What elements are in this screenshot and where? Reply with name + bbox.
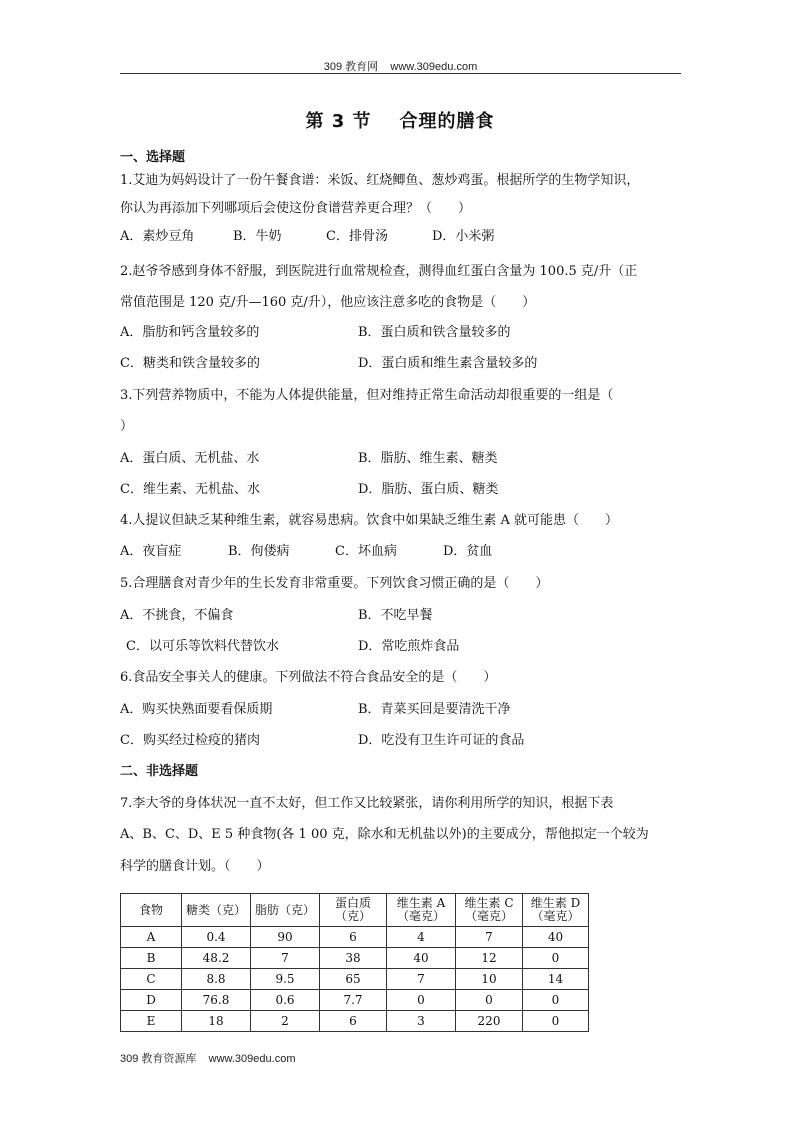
cell: 90 bbox=[251, 927, 320, 948]
cell: 38 bbox=[320, 948, 387, 969]
cell: A bbox=[121, 927, 182, 948]
cell: 6 bbox=[320, 927, 387, 948]
q4-option-b: B．佝偻病 bbox=[228, 544, 290, 560]
question-2-line-2: 常值范围是 120 克/升—160 克/升），他应该注意多吃的食物是（ ） bbox=[120, 295, 535, 311]
table-row: E182632200 bbox=[121, 1011, 589, 1032]
q4-option-a: A．夜盲症 bbox=[120, 544, 181, 560]
page-footer: 309 教育资源库 www.309edu.com bbox=[120, 1050, 295, 1066]
question-7-line-1: 7.李大爷的身体状况一直不太好，但工作又比较紧张，请你利用所学的知识，根据下表 bbox=[120, 796, 613, 812]
page-title: 第 3 节合理的膳食 bbox=[0, 107, 800, 133]
q6-option-d: D．吃没有卫生许可证的食品 bbox=[358, 733, 524, 749]
cell: 0.6 bbox=[251, 990, 320, 1011]
table-header-row: 食物 糖类（克） 脂肪（克） 蛋白质（克） 维生素 A（毫克） 维生素 C（毫克… bbox=[121, 894, 589, 927]
q5-option-a: A．不挑食，不偏食 bbox=[120, 608, 233, 624]
q4-option-d: D．贫血 bbox=[443, 544, 492, 560]
q1-option-b: B．牛奶 bbox=[233, 229, 282, 245]
cell: 0 bbox=[387, 990, 456, 1011]
cell: 65 bbox=[320, 969, 387, 990]
cell: 7 bbox=[251, 948, 320, 969]
cell: 7.7 bbox=[320, 990, 387, 1011]
cell: 3 bbox=[387, 1011, 456, 1032]
table-row: D76.80.67.7000 bbox=[121, 990, 589, 1011]
q3-option-d: D．脂肪、蛋白质、糖类 bbox=[358, 482, 498, 498]
cell: D bbox=[121, 990, 182, 1011]
cell: 76.8 bbox=[182, 990, 251, 1011]
q2-option-d: D．蛋白质和维生素含量较多的 bbox=[358, 356, 537, 372]
table-row: B48.273840120 bbox=[121, 948, 589, 969]
cell: E bbox=[121, 1011, 182, 1032]
cell: 7 bbox=[387, 969, 456, 990]
footer-url: www.309edu.com bbox=[209, 1053, 296, 1065]
cell: 9.5 bbox=[251, 969, 320, 990]
q2-option-c: C．糖类和铁含量较多的 bbox=[120, 356, 260, 372]
question-1-line-1: 1.艾迪为妈妈设计了一份午餐食谱：米饭、红烧鲫鱼、葱炒鸡蛋。根据所学的生物学知识… bbox=[120, 173, 639, 189]
q2-option-a: A．脂肪和钙含量较多的 bbox=[120, 325, 259, 341]
header-rule bbox=[120, 73, 681, 74]
q5-option-c: C．以可乐等饮料代替饮水 bbox=[126, 639, 279, 655]
header-vitamin-a: 维生素 A（毫克） bbox=[387, 894, 456, 927]
cell: 4 bbox=[387, 927, 456, 948]
table-row: A0.49064740 bbox=[121, 927, 589, 948]
q3-option-c: C．维生素、无机盐、水 bbox=[120, 482, 260, 498]
q3-option-b: B．脂肪、维生素、糖类 bbox=[358, 451, 498, 467]
cell: 0 bbox=[523, 1011, 589, 1032]
cell: 220 bbox=[456, 1011, 523, 1032]
cell: 12 bbox=[456, 948, 523, 969]
table-row: C8.89.56571014 bbox=[121, 969, 589, 990]
cell: 48.2 bbox=[182, 948, 251, 969]
q1-option-a: A．素炒豆角 bbox=[120, 229, 194, 245]
q5-option-b: B．不吃早餐 bbox=[358, 608, 433, 624]
cell: C bbox=[121, 969, 182, 990]
header-food: 食物 bbox=[121, 894, 182, 927]
header-fat: 脂肪（克） bbox=[251, 894, 320, 927]
header-carbs: 糖类（克） bbox=[182, 894, 251, 927]
cell: 6 bbox=[320, 1011, 387, 1032]
cell: 40 bbox=[387, 948, 456, 969]
q4-option-c: C．坏血病 bbox=[335, 544, 397, 560]
cell: 0 bbox=[456, 990, 523, 1011]
question-1-line-2: 你认为再添加下列哪项后会使这份食谱营养更合理？（ ） bbox=[120, 201, 471, 217]
q6-option-c: C．购买经过检疫的猪肉 bbox=[120, 733, 260, 749]
question-6-line-1: 6.食品安全事关人的健康。下列做法不符合食品安全的是（ ） bbox=[120, 670, 496, 686]
q1-option-d: D．小米粥 bbox=[432, 229, 494, 245]
cell: 0 bbox=[523, 990, 589, 1011]
cell: 18 bbox=[182, 1011, 251, 1032]
header-vitamin-c: 维生素 C（毫克） bbox=[456, 894, 523, 927]
section-heading-choice: 一、选择题 bbox=[120, 150, 185, 166]
cell: 2 bbox=[251, 1011, 320, 1032]
section-heading-nonchoice: 二、非选择题 bbox=[120, 764, 198, 780]
q2-option-b: B．蛋白质和铁含量较多的 bbox=[358, 325, 511, 341]
cell: B bbox=[121, 948, 182, 969]
q3-option-a: A．蛋白质、无机盐、水 bbox=[120, 451, 259, 467]
question-3-line-2: ） bbox=[120, 419, 133, 435]
q1-option-c: C．排骨汤 bbox=[326, 229, 388, 245]
question-7-line-3: 科学的膳食计划。（ ） bbox=[120, 859, 270, 875]
cell: 14 bbox=[523, 969, 589, 990]
cell: 40 bbox=[523, 927, 589, 948]
question-5-line-1: 5.合理膳食对青少年的生长发育非常重要。下列饮食习惯正确的是（ ） bbox=[120, 576, 548, 592]
header-site: 309 教育网 bbox=[324, 61, 378, 73]
footer-site: 309 教育资源库 bbox=[120, 1053, 196, 1065]
q5-option-d: D．常吃煎炸食品 bbox=[358, 639, 459, 655]
cell: 0 bbox=[523, 948, 589, 969]
q6-option-b: B．青菜买回是要清洗干净 bbox=[358, 702, 511, 718]
cell: 10 bbox=[456, 969, 523, 990]
question-2-line-1: 2.赵爷爷感到身体不舒服，到医院进行血常规检查，测得血红蛋白含量为 100.5 … bbox=[120, 264, 637, 280]
title-name: 合理的膳食 bbox=[400, 111, 495, 132]
cell: 8.8 bbox=[182, 969, 251, 990]
question-3-line-1: 3.下列营养物质中，不能为人体提供能量，但对维持正常生命活动却很重要的一组是（ bbox=[120, 388, 613, 404]
food-nutrition-table: 食物 糖类（克） 脂肪（克） 蛋白质（克） 维生素 A（毫克） 维生素 C（毫克… bbox=[120, 893, 589, 1032]
header-url: www.309edu.com bbox=[390, 61, 477, 73]
page-header: 309 教育网 www.309edu.com bbox=[120, 58, 681, 74]
q6-option-a: A．购买快熟面要看保质期 bbox=[120, 702, 272, 718]
question-7-line-2: A、B、C、D、E 5 种食物(各 1 00 克，除水和无机盐以外)的主要成分，… bbox=[120, 827, 649, 843]
cell: 0.4 bbox=[182, 927, 251, 948]
question-4-line-1: 4.人提议但缺乏某种维生素，就容易患病。饮食中如果缺乏维生素 A 就可能患（ ） bbox=[120, 513, 618, 529]
title-section: 第 3 节 bbox=[305, 111, 371, 132]
cell: 7 bbox=[456, 927, 523, 948]
header-vitamin-d: 维生素 D（毫克） bbox=[523, 894, 589, 927]
header-protein: 蛋白质（克） bbox=[320, 894, 387, 927]
